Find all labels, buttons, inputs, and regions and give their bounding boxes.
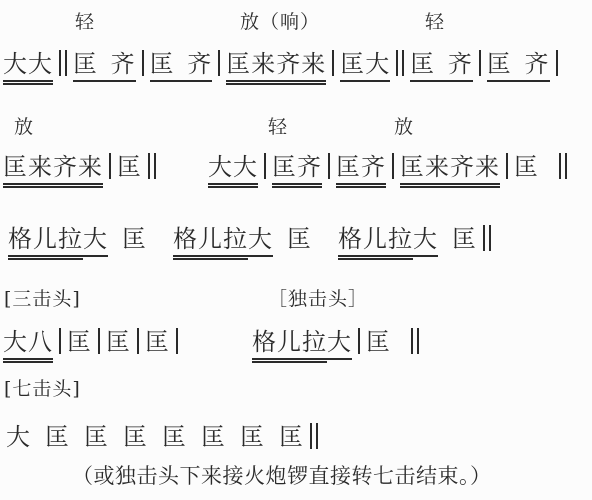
note-group: 匡来齐来 <box>226 44 326 84</box>
note-group: 格儿拉大 <box>173 219 273 259</box>
dynamic-annotation: 放 <box>394 113 414 141</box>
note-text: 匡 <box>122 227 147 255</box>
note-group: 匡大 <box>340 44 390 84</box>
note-text: 匡 <box>240 425 265 453</box>
barline-double <box>411 328 419 354</box>
note-group: 格儿拉大 <box>8 219 108 259</box>
note-text: 格儿拉 <box>252 330 327 360</box>
note-group: 匡 齐 <box>150 44 213 84</box>
system-2: 放轻放 匡来齐来匡大大匡齐匡齐匡来齐来匡 <box>0 113 592 199</box>
note-group: 格儿拉大 <box>338 219 438 259</box>
system-1: 轻放（响）轻 大大匡 齐匡 齐匡来齐来匡大匡 齐匡 齐 <box>0 8 592 94</box>
note-text: 格儿拉 <box>338 227 413 257</box>
note-text: 匡大 <box>340 52 390 82</box>
note-group: 大大 <box>208 147 258 187</box>
note-group: 匡齐 <box>336 147 386 187</box>
dynamic-annotation: 放（响） <box>240 8 320 36</box>
note-text: 大大 <box>3 52 53 82</box>
note-text: 匡 <box>201 425 226 453</box>
note-group: 大大 <box>3 44 53 84</box>
note-group: 匡来齐来 <box>400 147 500 187</box>
notation-line: 大大匡 齐匡 齐匡来齐来匡大匡 齐匡 齐 <box>3 44 564 84</box>
note-text: 匡 <box>514 155 539 183</box>
barline-single <box>137 328 139 354</box>
barline-double <box>396 50 404 76</box>
note-group: 格儿拉大 <box>252 322 352 362</box>
barline-double <box>559 153 567 179</box>
dynamic-annotation: 轻 <box>75 8 95 36</box>
note-text: 匡齐 <box>336 155 386 185</box>
note-group: 匡 <box>514 147 539 187</box>
note-group: 匡 齐 <box>73 44 136 84</box>
dynamic-annotation: 放 <box>14 113 34 141</box>
note-text: 匡 齐 <box>73 52 136 82</box>
note-text: 大 <box>83 227 108 257</box>
annotation-row: 放轻放 <box>0 113 592 141</box>
barline-single <box>479 50 481 76</box>
note-text: 匡齐 <box>272 155 322 185</box>
note-text: 匡来齐来 <box>3 155 103 185</box>
barline-single <box>264 153 266 179</box>
note-group: 匡 齐 <box>410 44 473 84</box>
note-text: 匡 <box>123 425 148 453</box>
note-group: 大八 <box>3 322 53 362</box>
note-text: 匡 <box>452 227 477 255</box>
note-group: 匡齐 <box>272 147 322 187</box>
barline-single <box>176 328 178 354</box>
barline-single <box>328 153 330 179</box>
note-text: 匡 <box>162 425 187 453</box>
note-group: 匡 齐 <box>487 44 550 84</box>
note-group: 匡 <box>45 417 70 457</box>
note-group: 匡来齐来 <box>3 147 103 187</box>
annotation-row: [七击头] <box>0 375 592 403</box>
barline-single <box>506 153 508 179</box>
note-text: 格儿拉 <box>8 227 83 257</box>
note-text: 匡 <box>145 330 170 358</box>
section-label: [三击头] <box>4 285 81 313</box>
note-group: 匡 <box>84 417 109 457</box>
note-text: 匡 <box>117 155 142 183</box>
note-group: 匡 <box>67 322 92 362</box>
note-text: 匡 <box>45 425 70 453</box>
note-group: 匡 <box>106 322 131 362</box>
section-label: [七击头] <box>4 375 81 403</box>
score-page: 轻放（响）轻 大大匡 齐匡 齐匡来齐来匡大匡 齐匡 齐 放轻放 匡来齐来匡大大匡… <box>0 0 592 500</box>
note-text: 大八 <box>3 330 53 360</box>
barline-double <box>148 153 156 179</box>
note-text: 匡来齐来 <box>400 155 500 185</box>
barline-single <box>98 328 100 354</box>
note-group: 大 <box>6 417 31 457</box>
barline-double <box>483 225 491 251</box>
footnote: （或独击头下来接火炮锣直接转七击结束。） <box>72 460 492 490</box>
note-text: 匡 齐 <box>150 52 213 82</box>
note-text: 匡来齐来 <box>226 52 326 82</box>
note-group: 匡 <box>366 322 391 362</box>
notation-line: 匡来齐来匡大大匡齐匡齐匡来齐来匡 <box>3 147 573 187</box>
barline-single <box>332 50 334 76</box>
notation-line: 大八匡匡匡格儿拉大匡 <box>3 322 425 362</box>
note-text: 匡 <box>106 330 131 358</box>
system-5: [七击头] 大匡匡匡匡匡匡匡 <box>0 375 592 461</box>
note-group: 匡 <box>287 219 312 259</box>
note-text: 匡 <box>84 425 109 453</box>
annotation-row: 轻放（响）轻 <box>0 8 592 36</box>
note-text: 大 <box>6 425 31 453</box>
note-text: 匡 <box>67 330 92 358</box>
notation-line: 大匡匡匡匡匡匡匡 <box>6 417 324 457</box>
note-text: 大 <box>327 330 352 360</box>
note-text: 匡 <box>279 425 304 453</box>
dynamic-annotation: 轻 <box>268 113 288 141</box>
notation-line: 格儿拉大匡格儿拉大匡格儿拉大匡 <box>8 219 497 259</box>
note-group: 匡 <box>145 322 170 362</box>
barline-double <box>59 50 67 76</box>
section-label: ［独击头］ <box>268 285 368 313</box>
note-group: 匡 <box>240 417 265 457</box>
note-group: 匡 <box>122 219 147 259</box>
barline-double <box>310 423 318 449</box>
note-text: 匡 齐 <box>487 52 550 82</box>
note-text: 大大 <box>208 155 258 185</box>
barline-single <box>218 50 220 76</box>
barline-single <box>358 328 360 354</box>
dynamic-annotation: 轻 <box>425 8 445 36</box>
note-text: 匡 <box>366 330 391 358</box>
barline-single <box>142 50 144 76</box>
system-4: [三击头]［独击头］ 大八匡匡匡格儿拉大匡 <box>0 285 592 371</box>
note-group: 匡 <box>279 417 304 457</box>
note-group: 匡 <box>452 219 477 259</box>
note-group: 匡 <box>201 417 226 457</box>
note-text: 匡 <box>287 227 312 255</box>
barline-single <box>392 153 394 179</box>
barline-single <box>109 153 111 179</box>
note-group: 匡 <box>123 417 148 457</box>
note-text: 大 <box>248 227 273 257</box>
note-text: 格儿拉 <box>173 227 248 257</box>
barline-single <box>556 50 558 76</box>
note-text: 大 <box>413 227 438 257</box>
note-group: 匡 <box>117 147 142 187</box>
annotation-row: [三击头]［独击头］ <box>0 285 592 313</box>
barline-single <box>59 328 61 354</box>
note-group: 匡 <box>162 417 187 457</box>
note-text: 匡 齐 <box>410 52 473 82</box>
